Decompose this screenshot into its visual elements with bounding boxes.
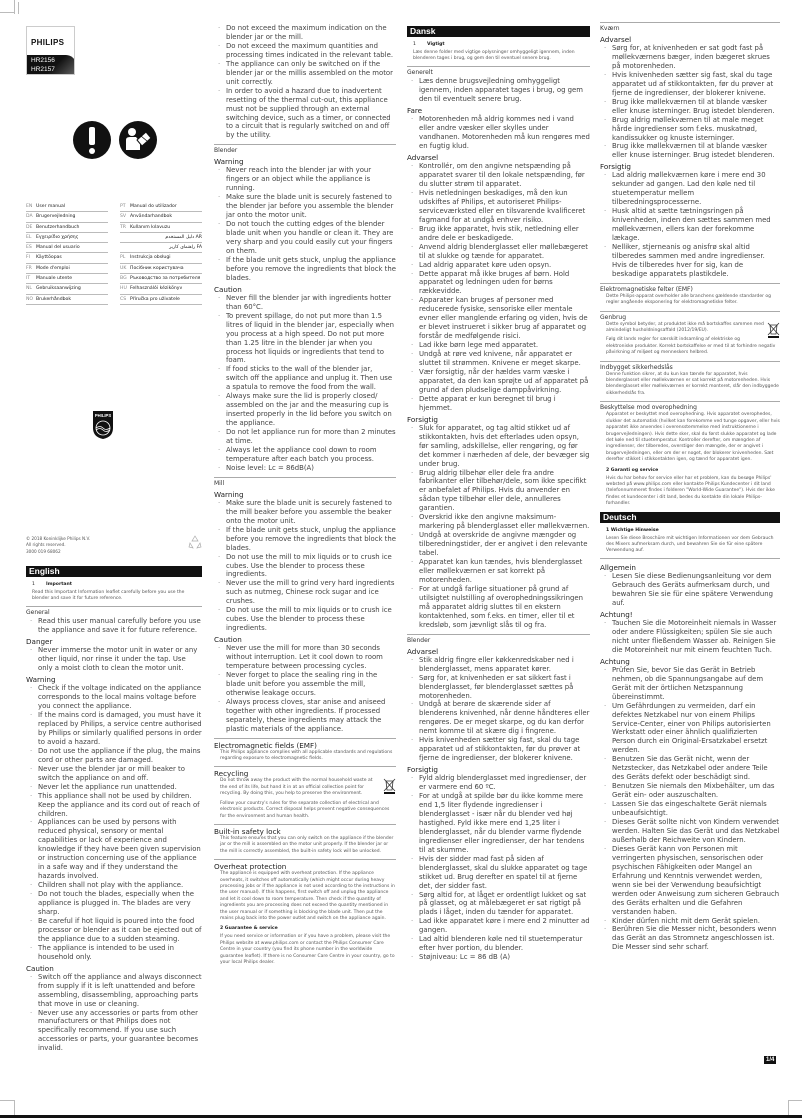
lang-label: راهنمای کاربر [169,245,195,250]
caution-list-continued: Do not exceed the maximum indication on … [214,24,396,140]
guarantee-heading: 2 Garanti og service [600,467,780,474]
list-item: Brug ikke apparatet, hvis stik, netledni… [407,225,590,243]
language-entry: TRKullanım kılavuzu [120,223,202,233]
crop-mark [788,1100,802,1101]
list-item: Always let the appliance cool down to ro… [214,446,396,464]
recycle-icon [188,535,202,549]
list-item: Vær forsigtig, når der hældes varm væske… [407,368,590,395]
list-item: Læs denne brugsvejledning omhyggeligt ig… [407,77,590,104]
language-entry: ITManuale utente [26,274,108,284]
list-item: Apparatet kan kun tændes, hvis blendergl… [407,558,590,585]
list-item: Lad ikke apparatet køre i mere end 2 min… [407,917,590,935]
mill-heading: Mill [214,480,396,488]
page-number: 1/4 [764,1056,776,1064]
warning-exclamation-icon [72,120,112,160]
crop-mark [0,12,14,13]
lang-label: User manual [36,204,65,209]
list-item: Never let the appliance run unattended. [26,783,202,792]
language-index: ENUser manual DABrugervejledning DEBenut… [26,202,202,305]
blender-heading: Blender [214,147,396,155]
chapter-title: Vigtigt [427,42,445,47]
list-item: Be careful if hot liquid is poured into … [26,917,202,944]
lang-code: PT [120,202,130,211]
list-item: Do not use the mill to mix liquids or to… [214,553,396,580]
lang-code: DE [26,223,36,232]
lang-code: UK [120,264,130,273]
list-item: This appliance shall not be used by chil… [26,792,202,819]
crop-mark [14,0,15,14]
lang-code: FR [26,264,36,273]
lang-code: AR [196,235,202,240]
lang-code: SV [120,212,130,221]
recycling-text-2: Follow your country's rules for the sepa… [214,801,396,820]
guarantee-heading: 2 Guarantee & service [214,925,396,932]
blender-heading: Blender [407,637,590,645]
list-item: In order to avoid a hazard due to inadve… [214,87,396,141]
list-item: Prüfen Sie, bevor Sie das Gerät in Betri… [600,666,780,702]
mill-caution-heading: Caution [214,635,396,644]
list-item: Brug ikke møllekværnen til at blande væs… [600,98,780,116]
chapter-title: Wichtige Hinweise [611,528,659,533]
philips-shield-icon: PHILIPS [92,410,114,440]
lang-code: PL [120,253,130,262]
general-heading: General [26,609,202,617]
lang-label: Felhasználói kézikönyv [130,286,182,291]
lang-code: FI [26,253,36,262]
danger-heading: Danger [26,637,202,646]
lang-code: NO [26,295,36,304]
list-item: Never fill the blender jar with ingredie… [214,294,396,312]
language-entry: FIKäyttöopas [26,253,108,263]
list-item: Nelliker, stjerneanis og anisfrø skal al… [600,243,780,279]
lang-label: Příručka pro uživatele [130,297,180,302]
language-entry: DEBenutzerhandbuch [26,223,108,233]
danger-list: Motorenheden må aldrig kommes ned i vand… [407,115,590,151]
general-heading: Allgemein [600,563,780,572]
list-item: Sørg altid for, at låget er ordentligt l… [407,891,590,918]
important-heading: 1Vigtigt [407,41,590,48]
important-text: Read this Important Information leaflet … [26,590,202,602]
list-item: Do not touch the cutting edges of the bl… [214,220,396,256]
blender-caution-list: Fyld aldrig blenderglasset med ingredien… [407,774,590,962]
list-item: Undgå at overskride de angivne mængder o… [407,531,590,558]
list-item: Hvis knivenheden sætter sig fast, skal d… [407,736,590,763]
list-item: Never immerse the motor unit in water or… [26,646,202,673]
list-item: Lad ikke børn lege med apparatet. [407,341,590,350]
general-list: Lesen Sie diese Bedienungsanleitung vor … [600,572,780,608]
lang-label: Εγχειρίδιο χρήσης [36,235,78,240]
safety-lock-text: Denne funktion sikrer, at du kun kan tæn… [600,372,780,398]
list-item: Dieses Gerät sollte nicht von Kindern ve… [600,818,780,845]
list-item: Do not exceed the maximum indication on … [214,24,396,42]
lang-code: FA [197,245,202,250]
divider [600,558,780,561]
warning-list: Check if the voltage indicated on the ap… [26,684,202,962]
list-item: Brug aldrig møllekværnen til at male meg… [600,116,780,143]
blender-warning-list: Stik aldrig fingre eller køkkenredskaber… [407,656,590,763]
list-item: Brug aldrig tilbehør eller dele fra andr… [407,469,590,514]
list-item: If the blade unit gets stuck, unplug the… [214,256,396,283]
list-item: Lad aldrig apparatet køre uden opsyn. [407,261,590,270]
chapter-number: 1 [606,528,609,533]
emf-text: This Philips appliance complies with all… [214,750,396,763]
list-item: Um Gefährdungen zu vermeiden, darf ein d… [600,702,780,756]
list-item: Dette apparat er kun beregnet til brug i… [407,395,590,413]
chapter-number: 1 [32,581,46,588]
mill-warning-heading: Advarsel [600,35,780,44]
list-item: Undgå at berøre de skærende sider af ble… [407,700,590,736]
language-entry: DABrugervejledning [26,212,108,222]
list-item: Do not let appliance run for more than 2… [214,428,396,446]
mill-heading: Kværn [600,25,780,33]
mill-caution-list: Lad aldrig møllekværnen køre i mere end … [600,171,780,278]
list-item: Brug ikke møllekværnen til at blande væs… [600,142,780,160]
list-item: The appliance can only be switched on if… [214,60,396,87]
warning-list: Kontrollér, om den angivne netspænding p… [407,162,590,413]
general-list: Read this user manual carefully before y… [26,617,202,635]
list-item: Motorenheden må aldrig kommes ned i vand… [407,115,590,151]
list-item: If the blade unit gets stuck, unplug the… [214,526,396,553]
list-item: If food sticks to the wall of the blende… [214,365,396,392]
list-item: Make sure the blade unit is securely fas… [214,499,396,526]
list-item: Sørg for, at knivenheden er sat sikkert … [407,674,590,701]
emf-heading: Electromagnetic fields (EMF) [214,741,396,750]
list-item: Lassen Sie das eingeschaltete Gerät niem… [600,800,780,818]
warning-list: Prüfen Sie, bevor Sie das Gerät in Betri… [600,666,780,953]
crop-mark [18,2,19,14]
list-item: Tauchen Sie die Motoreinheit niemals in … [600,619,780,655]
mill-caution-heading: Forsigtig [600,162,780,171]
language-entry: NLGebruiksaanwijzing [26,284,108,294]
blender-caution-heading: Forsigtig [407,765,590,774]
list-item: Always process cloves, star anise and an… [214,698,396,734]
philips-logo-badge: PHILIPS HR2156 HR2157 [26,26,75,75]
blender-caution-list: Never fill the blender jar with ingredie… [214,294,396,473]
lang-code: HU [120,284,130,293]
list-item: Fyld aldrig blenderglasset med ingredien… [407,774,590,792]
list-item: Never use the mill for more than 30 seco… [214,644,396,671]
list-item: Sluk for apparatet, og tag altid stikket… [407,424,590,469]
lang-code: DA [26,212,36,221]
section-header-english: English [26,566,202,577]
safety-icons [72,120,158,160]
crop-mark [0,1100,14,1101]
language-list-right: PTManual do utilizador SVAnvändarhandbok… [120,202,202,305]
lang-label: Instrukcja obsługi [130,255,171,260]
lang-code: TR [120,223,130,232]
list-item: Husk altid at sætte tætningsringen på kn… [600,207,780,243]
recycling-text-1: Do not throw away the product with the n… [220,778,373,796]
overheat-heading: Overheat protection [214,862,396,871]
language-entry: FRMode d'emploi [26,264,108,274]
lang-label: Mode d'emploi [36,266,70,271]
lang-label: Manual del usuario [36,245,80,250]
mill-warning-list: Make sure the blade unit is securely fas… [214,499,396,633]
recycling-text: Dette symbol betyder, at produktet ikke … [600,322,780,335]
list-item: Noise level: Lc = 86dB(A) [214,464,396,473]
list-item: Never forget to place the sealing ring i… [214,671,396,698]
blender-warning-heading: Advarsel [407,647,590,656]
danger-list: Never immerse the motor unit in water or… [26,646,202,673]
overheat-text: The appliance is equipped with overheat … [214,871,396,922]
lang-label: Kullanım kılavuzu [130,225,170,230]
list-item: Children shall not play with the applian… [26,881,202,890]
list-item: Never use the mill to grind very hard in… [214,579,396,606]
language-list-left: ENUser manual DABrugervejledning DEBenut… [26,202,108,305]
language-entry: SVAnvändarhandbok [120,212,202,222]
english-section: English 1Important Read this Important I… [26,566,202,1053]
brand-name: PHILIPS [31,38,64,47]
list-item: Lad aldrig møllekværnen køre i mere end … [600,171,780,207]
emf-heading: Elektromagnetiske felter (EMF) [600,286,780,294]
language-entry: UKПосібник користувача [120,264,202,274]
list-item: Sørg for, at knivenheden er sat godt fas… [600,44,780,71]
lang-label: Käyttöopas [36,255,62,260]
lang-code: BG [120,274,130,283]
dansk-section: Dansk 1Vigtigt Læs denne folder med vigt… [407,26,590,962]
lang-code: CS [120,295,130,304]
list-item: To prevent spillage, do not put more tha… [214,312,396,366]
mill-warning-heading: Warning [214,490,396,499]
list-item: Check if the voltage indicated on the ap… [26,684,202,711]
overheat-text: Apparatet er beskyttet mod overophedning… [600,412,780,463]
list-item: For at undgå farlige situationer på grun… [407,585,590,630]
list-item: Benutzen Sie niemals den Mixbehälter, um… [600,782,780,800]
lang-label: Brukerhåndbok [36,297,71,302]
caution-list: Sluk for apparatet, og tag altid stikket… [407,424,590,630]
caution-heading: Forsigtig [407,415,590,424]
lang-code: ES [26,243,36,252]
recycling-text-1: Dette symbol betyder, at produktet ikke … [606,322,764,333]
list-item: Støjniveau: Lc = 86 dB (A) [407,953,590,962]
language-entry: PTManual do utilizador [120,202,202,212]
list-item: Dette apparat må ikke bruges af børn. Ho… [407,270,590,297]
list-item: Appliances can be used by persons with r… [26,818,202,881]
list-item: Do not exceed the maximum quantities and… [214,42,396,60]
section-header-deutsch: Deutsch [600,512,780,523]
language-entry: ESManual del usuario [26,243,108,253]
mill-warning-list: Sørg for, at knivenheden er sat godt fas… [600,44,780,160]
list-item: Undgå at røre ved knivene, når apparatet… [407,350,590,368]
copyright-notice: © 2018 Koninklijke Philips N.V. All righ… [26,536,90,555]
warning-heading: Advarsel [407,153,590,162]
model-numbers: HR2156 HR2157 [27,55,75,75]
safety-lock-text: This feature ensures that you can only s… [214,836,396,855]
guarantee-text: Hvis du har behov for service eller har … [600,476,780,508]
mill-caution-list: Never use the mill for more than 30 seco… [214,644,396,734]
blender-caution-heading: Caution [214,285,396,294]
list-item: Hvis der sidder mad fast på siden af ble… [407,855,590,891]
danger-list: Tauchen Sie die Motoreinheit niemals in … [600,619,780,655]
lang-label: Посібник користувача [130,266,184,271]
chapter-number: 1 [413,41,427,48]
manual-page: PHILIPS HR2156 HR2157 ENUser manual DABr… [0,0,802,1118]
list-item: Berühren Sie die Messer nicht, besonders… [600,925,780,952]
lang-label: Brugervejledning [36,214,75,219]
crossed-bin-icon [767,322,780,339]
list-item: Never reach into the blender jar with yo… [214,166,396,193]
list-item: Hvis netledningen beskadiges, må den kun… [407,189,590,225]
lang-code: EL [26,233,36,242]
model-number: HR2157 [31,65,72,74]
list-item: For at undgå at spilde bør du ikke komme… [407,792,590,855]
list-item: Kinder dürfen nicht mit dem Gerät spiele… [600,917,780,926]
recycling-heading: Genbrug [600,314,780,322]
caution-heading: Caution [26,964,202,973]
lang-label: Gebruiksaanwijzing [36,286,81,291]
lang-label: Manuale utente [36,276,72,281]
list-item: Kontrollér, om den angivne netspænding p… [407,162,590,189]
lang-code: IT [26,274,36,283]
list-item: Make sure the blade unit is securely fas… [214,193,396,220]
danger-heading: Fare [407,106,590,115]
language-entry: راهنمای کاربر FA [120,243,202,253]
document-number: 3000 019 68062 [26,549,90,555]
lang-label: Ръководство за потребителя [130,276,200,281]
list-item: Lad altid blenderen køle ned til stuetem… [407,935,590,953]
deutsch-section: Deutsch 1 Wichtige Hinweise Lesen Sie di… [600,512,780,953]
blender-warning-list: Never reach into the blender jar with yo… [214,166,396,282]
list-item: Anvend aldrig blenderglasset eller mølle… [407,243,590,261]
language-entry: CSPříručka pro uživatele [120,295,202,305]
important-text: Læs denne folder med vigtige oplysninger… [407,50,590,62]
language-entry: ENUser manual [26,202,108,212]
crop-mark [788,1100,789,1115]
general-heading: Generelt [407,69,590,77]
list-item: Never use any accessories or parts from … [26,1009,202,1054]
language-entry: NOBrukerhåndbok [26,295,108,305]
list-item: Dieses Gerät kann von Personen mit verri… [600,845,780,917]
list-item: If the mains cord is damaged, you must h… [26,711,202,747]
list-item: Never use the blender jar or mill beaker… [26,765,202,783]
danger-heading: Achtung! [600,610,780,619]
list-item: The appliance is intended to be used in … [26,944,202,962]
lang-label: Användarhandbok [130,214,172,219]
list-item: Overskrid ikke den angivne maksimum-mark… [407,513,590,531]
crossed-bin-icon [383,778,396,795]
section-header-dansk: Dansk [407,26,590,37]
read-manual-icon [118,120,158,160]
language-entry: دليل المستخدم AR [120,233,202,243]
lang-label: Benutzerhandbuch [36,225,79,230]
warning-heading: Achtung [600,657,780,666]
list-item: Switch off the appliance and always disc… [26,973,202,1009]
list-item: Lesen Sie diese Bedienungsanleitung vor … [600,572,780,608]
emf-text: Dette Philips-apparat overholder alle br… [600,294,780,307]
list-item: Hvis knivenheden sætter sig fast, skal d… [600,71,780,98]
list-item: Read this user manual carefully before y… [26,617,202,635]
lang-code: NL [26,284,36,293]
list-item: Apparater kan bruges af personer med red… [407,296,590,341]
lang-code: EN [26,202,36,211]
important-heading: 1 Wichtige Hinweise [600,527,780,534]
lang-label: Manual do utilizador [130,204,177,209]
lang-label: دليل المستخدم [165,235,194,240]
language-entry: BGРъководство за потребителя [120,274,202,284]
important-text: Lesen Sie diese Broschüre mit wichtigen … [600,536,780,555]
blender-warning-heading: Warning [214,157,396,166]
warning-heading: Warning [26,675,202,684]
safety-lock-heading: Built-in safety lock [214,827,396,836]
guarantee-text: If you need service or information or if… [214,934,396,966]
caution-list: Switch off the appliance and always disc… [26,973,202,1054]
list-item: Do not touch the blades, especially when… [26,890,202,917]
svg-text:PHILIPS: PHILIPS [95,413,111,418]
english-section-continued: Do not exceed the maximum indication on … [214,24,396,969]
list-item: Stik aldrig fingre eller køkkenredskaber… [407,656,590,674]
language-entry: HUFelhasználói kézikönyv [120,284,202,294]
list-item: Always make sure the lid is properly clo… [214,392,396,428]
crop-mark [14,1100,15,1115]
dansk-section-continued: Kværn Advarsel Sørg for, at knivenheden … [600,22,780,952]
recycling-text: Do not throw away the product with the n… [214,778,396,797]
language-entry: PLInstrukcja obsługi [120,253,202,263]
language-entry: ELΕγχειρίδιο χρήσης [26,233,108,243]
list-item: Do not use the mill to mix liquids or to… [214,606,396,633]
list-item: Do not use the appliance if the plug, th… [26,747,202,765]
general-list: Læs denne brugsvejledning omhyggeligt ig… [407,77,590,104]
model-number: HR2156 [31,56,72,65]
recycling-text-2: Følg dit lands regler for særskilt indsa… [600,337,780,356]
safety-lock-heading: Indbygget sikkerhedslås [600,364,780,372]
important-heading: 1Important [26,581,202,588]
list-item: Benutzen Sie das Gerät nicht, wenn der N… [600,755,780,782]
chapter-title: Important [46,582,72,587]
